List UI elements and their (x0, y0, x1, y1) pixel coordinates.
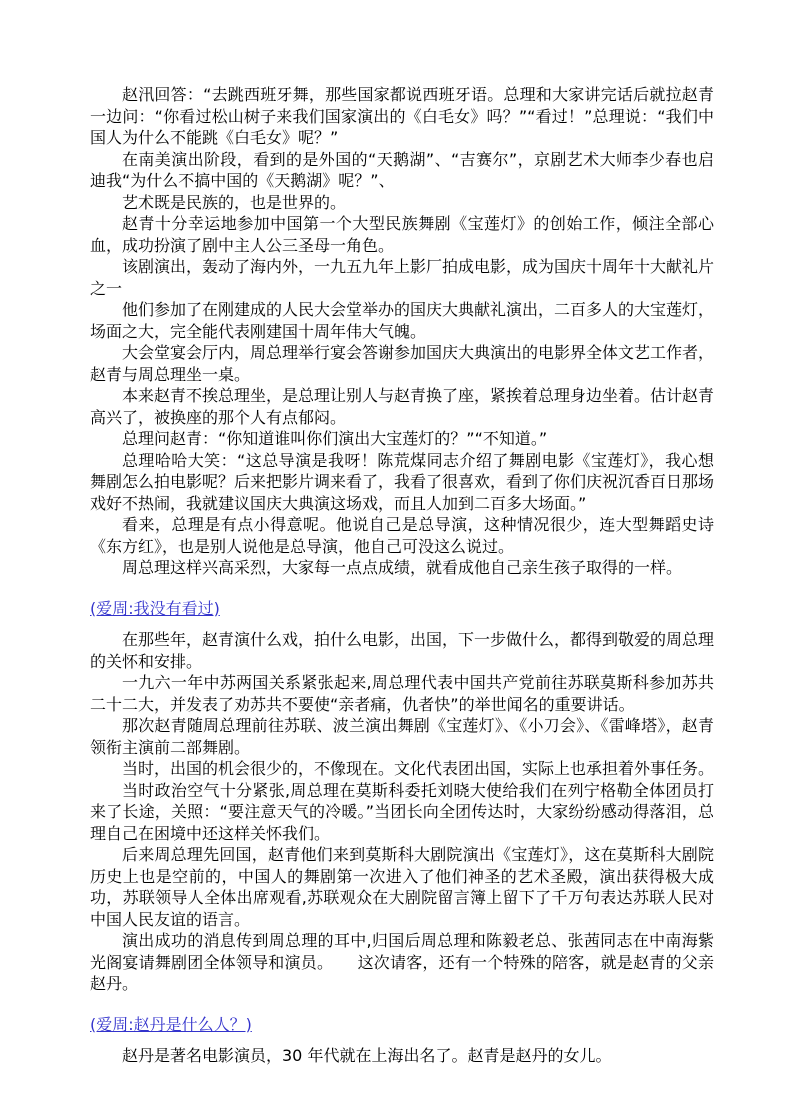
paragraph: 艺术既是民族的，也是世界的。 (90, 192, 714, 214)
section-heading: (爱周:我没有看过) (90, 598, 714, 620)
paragraph: 他们参加了在刚建成的人民大会堂举办的国庆大典献礼演出，二百多人的大宝莲灯，场面之… (90, 299, 714, 342)
paragraph: 演出成功的消息传到周总理的耳中,归国后周总理和陈毅老总、张茜同志在中南海紫光阁宴… (90, 930, 714, 995)
paragraph: 当时政治空气十分紧张,周总理在莫斯科委托刘晓大使给我们在列宁格勒全体团员打来了长… (90, 780, 714, 845)
paragraph: 当时，出国的机会很少的，不像现在。文化代表团出国，实际上也承担着外事任务。 (90, 758, 714, 780)
paragraph: 在南美演出阶段，看到的是外国的“天鹅湖”、“吉赛尔”，京剧艺术大师李少春也启迪我… (90, 149, 714, 192)
paragraph: 本来赵青不挨总理坐，是总理让别人与赵青换了座，紧挨着总理身边坐着。估计赵青高兴了… (90, 385, 714, 428)
paragraph: 一九六一年中苏两国关系紧张起来,周总理代表中国共产党前往苏联莫斯科参加苏共二十二… (90, 672, 714, 715)
paragraph: 看来，总理是有点小得意呢。他说自己是总导演，这种情况很少，连大型舞蹈史诗《东方红… (90, 514, 714, 557)
paragraph: 大会堂宴会厅内，周总理举行宴会答谢参加国庆大典演出的电影界全体文艺工作者，赵青与… (90, 342, 714, 385)
paragraph: 赵青十分幸运地参加中国第一个大型民族舞剧《宝莲灯》的创始工作，倾注全部心血，成功… (90, 213, 714, 256)
paragraph: 赵丹是著名电影演员，30 年代就在上海出名了。赵青是赵丹的女儿。 (90, 1045, 714, 1067)
paragraph: 该剧演出，轰动了海内外，一九五九年上影厂拍成电影，成为国庆十周年十大献礼片之一 (90, 256, 714, 299)
paragraph: 周总理这样兴高采烈，大家每一点点成绩，就看成他自己亲生孩子取得的一样。 (90, 557, 714, 579)
paragraph: 总理问赵青：“你知道谁叫你们演出大宝莲灯的？”“不知道。” (90, 428, 714, 450)
paragraph: 总理哈哈大笑：“这总导演是我呀！陈荒煤同志介绍了舞剧电影《宝莲灯》，我心想舞剧怎… (90, 450, 714, 515)
paragraph: 后来周总理先回国，赵青他们来到莫斯科大剧院演出《宝莲灯》，这在莫斯科大剧院历史上… (90, 844, 714, 930)
document-content: 赵汛回答：“去跳西班牙舞，那些国家都说西班牙语。总理和大家讲完话后就拉赵青一边问… (90, 84, 714, 1067)
section-heading: (爱周:赵丹是什么人？) (90, 1014, 714, 1036)
document-page: 赵汛回答：“去跳西班牙舞，那些国家都说西班牙语。总理和大家讲完话后就拉赵青一边问… (0, 0, 800, 1100)
paragraph: 赵汛回答：“去跳西班牙舞，那些国家都说西班牙语。总理和大家讲完话后就拉赵青一边问… (90, 84, 714, 149)
paragraph: 在那些年，赵青演什么戏，拍什么电影，出国，下一步做什么，都得到敬爱的周总理的关怀… (90, 629, 714, 672)
paragraph: 那次赵青随周总理前往苏联、波兰演出舞剧《宝莲灯》、《小刀会》、《雷峰塔》，赵青领… (90, 715, 714, 758)
